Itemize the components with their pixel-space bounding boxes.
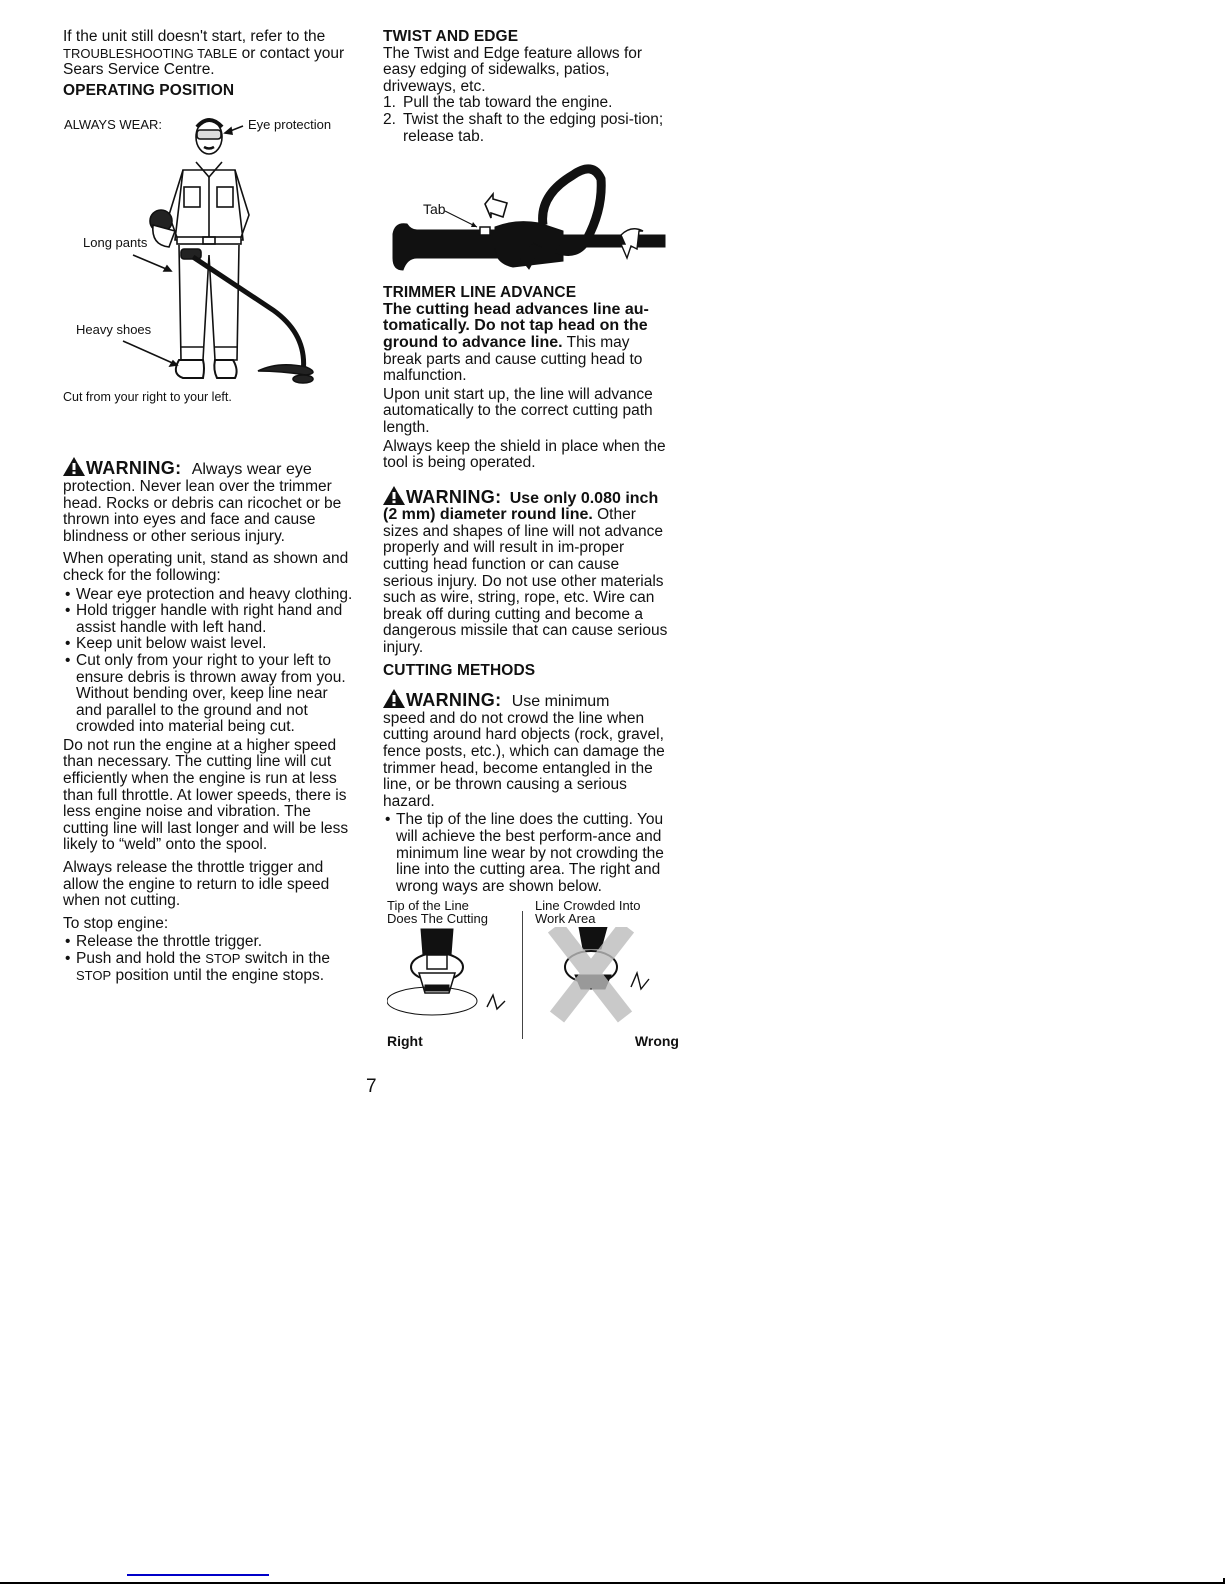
step-text: Twist the shaft to the edging posi-tion;… <box>403 111 663 145</box>
warning-line-size-text: Other sizes and shapes of line will not … <box>383 506 667 656</box>
warning-label: WARNING: <box>406 487 501 507</box>
shield-paragraph: Always keep the shield in place when the… <box>383 439 668 472</box>
operating-position-figure: ALWAYS WEAR: Eye protection Long pants H… <box>63 115 353 405</box>
stance-intro: When operating unit, stand as shown and … <box>63 551 353 584</box>
stop-engine-intro: To stop engine: <box>63 916 353 933</box>
warning-minimum-speed-text: speed and do not crowd the line when cut… <box>383 711 668 811</box>
warning-text: protection. Never lean over the trimmer … <box>63 479 353 545</box>
warning-triangle-icon <box>63 457 85 476</box>
operator-illustration <box>63 115 353 385</box>
warning-line-size: WARNING: Use only 0.080 inch (2 mm) diam… <box>383 486 668 657</box>
warning-minimum-speed: WARNING: Use minimum speed and do not cr… <box>383 689 668 810</box>
step-number: 2. <box>383 112 396 129</box>
step-text: Pull the tab toward the engine. <box>403 94 612 111</box>
stance-checklist: Wear eye protection and heavy clothing. … <box>63 587 353 736</box>
wrong-way-panel: Line Crowded Into Work Area Wrong <box>535 899 675 1049</box>
right-column: TWIST AND EDGE The Twist and Edge featur… <box>383 29 668 1049</box>
twist-and-edge-text: The Twist and Edge feature allows for ea… <box>383 46 668 96</box>
wrong-way-title-2: Work Area <box>535 912 675 925</box>
stop-engine-steps: Release the throttle trigger. Push and h… <box>63 934 353 984</box>
cutting-tip: The tip of the line does the cutting. Yo… <box>383 812 668 895</box>
link-underline[interactable] <box>127 1574 269 1576</box>
stop-step: Push and hold the STOP switch in the STO… <box>63 951 353 984</box>
stance-item: Hold trigger handle with right hand and … <box>63 603 353 636</box>
trimmer-line-advance-heading: TRIMMER LINE ADVANCE <box>383 285 668 302</box>
twist-step: 1.Pull the tab toward the engine. <box>383 95 668 112</box>
shaft-tab-illustration <box>383 149 668 279</box>
warning-label: WARNING: <box>406 690 501 710</box>
stop-step-text: Push and hold the <box>76 950 205 967</box>
stance-item: Wear eye protection and heavy clothing. <box>63 587 353 604</box>
wrong-way-label: Wrong <box>635 1033 679 1050</box>
twist-and-edge-steps: 1.Pull the tab toward the engine. 2.Twis… <box>383 95 668 145</box>
warning-eye-protection: WARNING: Always wear eye protection. Nev… <box>63 457 353 545</box>
operating-position-caption: Cut from your right to your left. <box>63 389 232 406</box>
stop-switch-ref: STOP <box>205 951 240 966</box>
right-way-illustration <box>387 927 522 1027</box>
step-number: 1. <box>383 95 396 112</box>
twist-and-edge-heading: TWIST AND EDGE <box>383 29 668 46</box>
warning-triangle-icon <box>383 689 405 708</box>
engine-speed-paragraph: Do not run the engine at a higher speed … <box>63 738 353 854</box>
intro-paragraph: If the unit still doesn't start, refer t… <box>63 29 353 79</box>
troubleshooting-table-ref: TROUBLESHOOTING TABLE <box>63 46 237 61</box>
twist-edge-figure: Tab <box>383 149 668 279</box>
stop-step-text: position until the engine stops. <box>111 967 324 984</box>
line-advance-paragraph: The cutting head advances line au-tomati… <box>383 302 668 385</box>
right-way-label: Right <box>387 1033 423 1050</box>
stance-item: Keep unit below waist level. <box>63 636 353 653</box>
left-column: If the unit still doesn't start, refer t… <box>63 29 353 986</box>
twist-step: 2.Twist the shaft to the edging posi-tio… <box>383 112 668 145</box>
intro-line: If the unit still doesn't start, refer t… <box>63 28 325 45</box>
warning-text-lead: Always wear eye <box>192 461 312 478</box>
line-advance-startup: Upon unit start up, the line will advanc… <box>383 387 668 437</box>
idle-paragraph: Always release the throttle trigger and … <box>63 860 353 910</box>
page-number: 7 <box>366 1076 377 1098</box>
page-bottom-rule <box>0 1582 1225 1584</box>
warning-label: WARNING: <box>86 458 181 478</box>
cutting-methods-heading: CUTTING METHODS <box>383 663 668 680</box>
stance-item: Cut only from your right to your left to… <box>63 653 353 736</box>
wrong-way-illustration <box>535 927 670 1027</box>
warning-minimum-speed-lead: Use minimum <box>512 693 610 710</box>
stop-step: Release the throttle trigger. <box>63 934 353 951</box>
cutting-tips: The tip of the line does the cutting. Yo… <box>383 812 668 895</box>
figure-divider <box>522 911 523 1039</box>
cutting-comparison-figure: Tip of the Line Does The Cutting Right L… <box>383 899 668 1049</box>
stop-position-ref: STOP <box>76 968 111 983</box>
right-way-title-2: Does The Cutting <box>387 912 527 925</box>
warning-triangle-icon <box>383 486 405 505</box>
right-way-panel: Tip of the Line Does The Cutting Right <box>387 899 527 1049</box>
operating-position-heading: OPERATING POSITION <box>63 83 353 100</box>
stop-step-text: switch in the <box>240 950 330 967</box>
